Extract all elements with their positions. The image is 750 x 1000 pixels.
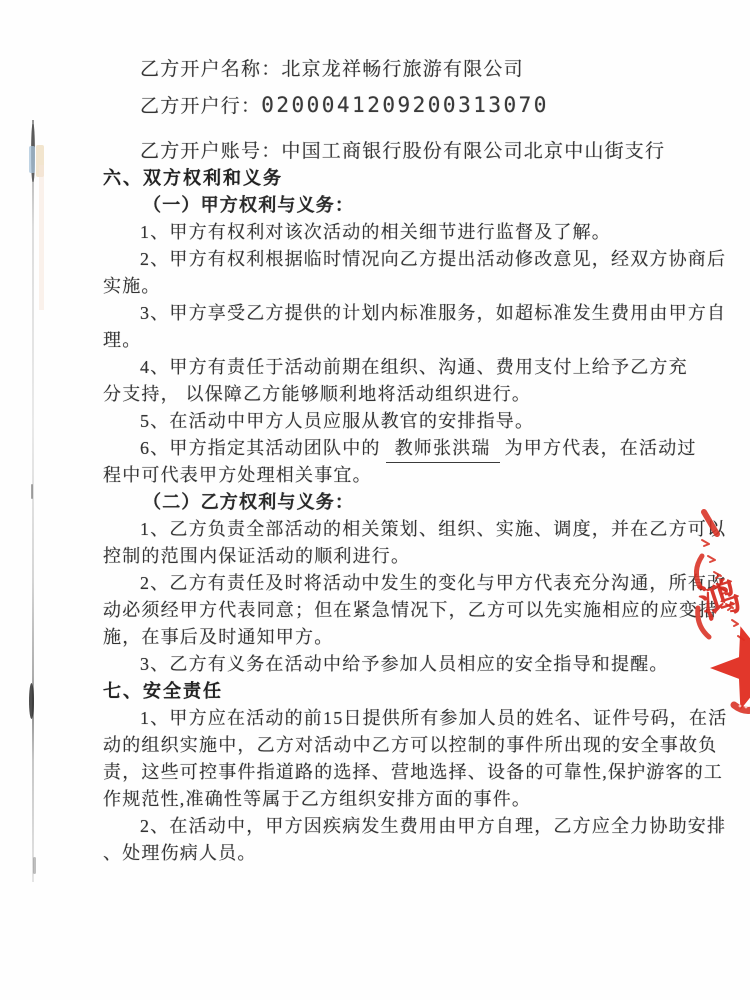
party-a-right-4-cont: 分支持， 以保障乙方能够顺利地将活动组织进行。	[103, 381, 743, 408]
party-a-right-2: 2、甲方有权利根据临时情况向乙方提出活动修改意见，经双方协商后	[103, 246, 743, 273]
section-6-part-1-heading: （一）甲方权利与义务：	[103, 192, 743, 219]
account-holder-name-line: 乙方开户名称：北京龙祥畅行旅游有限公司	[103, 56, 743, 83]
scan-edge-artifact	[29, 683, 34, 719]
account-bank-line: 乙方开户行：0200041209200313070	[103, 92, 743, 119]
party-b-right-2-cont2: 施，在事后及时通知甲方。	[103, 624, 743, 651]
scanned-contract-page: 乙方开户名称：北京龙祥畅行旅游有限公司 乙方开户行：02000412092003…	[0, 0, 750, 1000]
seal-rim-highlight	[739, 705, 742, 708]
seal-rim-stroke	[704, 512, 717, 534]
safety-clause-2: 2、在活动中，甲方因疾病发生费用由甲方自理，乙方应全力协助安排	[103, 813, 743, 840]
party-b-right-1: 1、乙方负责全部活动的相关策划、组织、实施、调度，并在乙方可以	[103, 516, 743, 543]
party-a-right-6-cont: 程中可代表甲方处理相关事宜。	[103, 462, 743, 489]
account-number-value: 0200041209200313070	[261, 93, 549, 117]
party-b-right-2-cont: 动必须经甲方代表同意；但在紧急情况下，乙方可以先实施相应的应变措	[103, 597, 743, 624]
section-6-part-2-heading: （二）乙方权利与义务：	[103, 489, 743, 516]
party-a-right-6: 6、甲方指定其活动团队中的教师张洪瑞为甲方代表，在活动过	[103, 435, 743, 462]
red-star-icon	[710, 626, 750, 710]
representative-clause-pre: 6、甲方指定其活动团队中的	[140, 438, 381, 458]
account-branch-line: 乙方开户账号：中国工商银行股份有限公司北京中山街支行	[103, 138, 743, 165]
party-a-right-4: 4、甲方有责任于活动前期在组织、沟通、费用支付上给予乙方充	[103, 354, 743, 381]
party-b-right-1-cont: 控制的范围内保证活动的顺利进行。	[103, 543, 743, 570]
safety-clause-1-cont3: 作规范性,准确性等属于乙方组织安排方面的事件。	[103, 786, 743, 813]
scan-edge-artifact	[32, 120, 34, 882]
safety-clause-1-cont: 动的组织实施中，乙方对活动中乙方可以控制的事件所出现的安全事故负	[103, 732, 743, 759]
red-company-seal: 鸿	[668, 498, 750, 738]
representative-name-underlined: 教师张洪瑞	[386, 435, 500, 463]
section-7-heading: 七、安全责任	[103, 678, 743, 705]
party-a-right-2-cont: 实施。	[103, 273, 743, 300]
contract-body: 乙方开户名称：北京龙祥畅行旅游有限公司 乙方开户行：02000412092003…	[103, 56, 743, 867]
scan-edge-artifact	[31, 484, 33, 499]
safety-clause-2-cont: 、处理伤病人员。	[103, 840, 743, 867]
party-a-right-1: 1、甲方有权利对该次活动的相关细节进行监督及了解。	[103, 219, 743, 246]
account-bank-label: 乙方开户行：	[140, 96, 261, 117]
scan-edge-artifact	[29, 146, 35, 173]
party-a-right-3: 3、甲方享受乙方提供的计划内标准服务，如超标准发生费用由甲方自	[103, 300, 743, 327]
seal-rim-highlight	[745, 706, 748, 709]
scan-edge-artifact	[39, 165, 44, 310]
party-a-right-3-cont: 理。	[103, 327, 743, 354]
party-b-right-3: 3、乙方有义务在活动中给予参加人员相应的安全指导和提醒。	[103, 651, 743, 678]
scan-edge-artifact	[33, 857, 36, 874]
safety-clause-1: 1、甲方应在活动的前15日提供所有参加人员的姓名、证件号码，在活	[103, 705, 743, 732]
party-b-right-2: 2、乙方有责任及时将活动中发生的变化与甲方代表充分沟通，所有改	[103, 570, 743, 597]
safety-clause-1-cont2: 责，这些可控事件指道路的选择、营地选择、设备的可靠性,保护游客的工	[103, 759, 743, 786]
representative-clause-post: 为甲方代表，在活动过	[505, 438, 697, 458]
section-6-heading: 六、双方权利和义务	[103, 165, 743, 192]
seal-character: 鸿	[694, 573, 746, 628]
party-a-right-5: 5、在活动中甲方人员应服从教官的安排指导。	[103, 408, 743, 435]
